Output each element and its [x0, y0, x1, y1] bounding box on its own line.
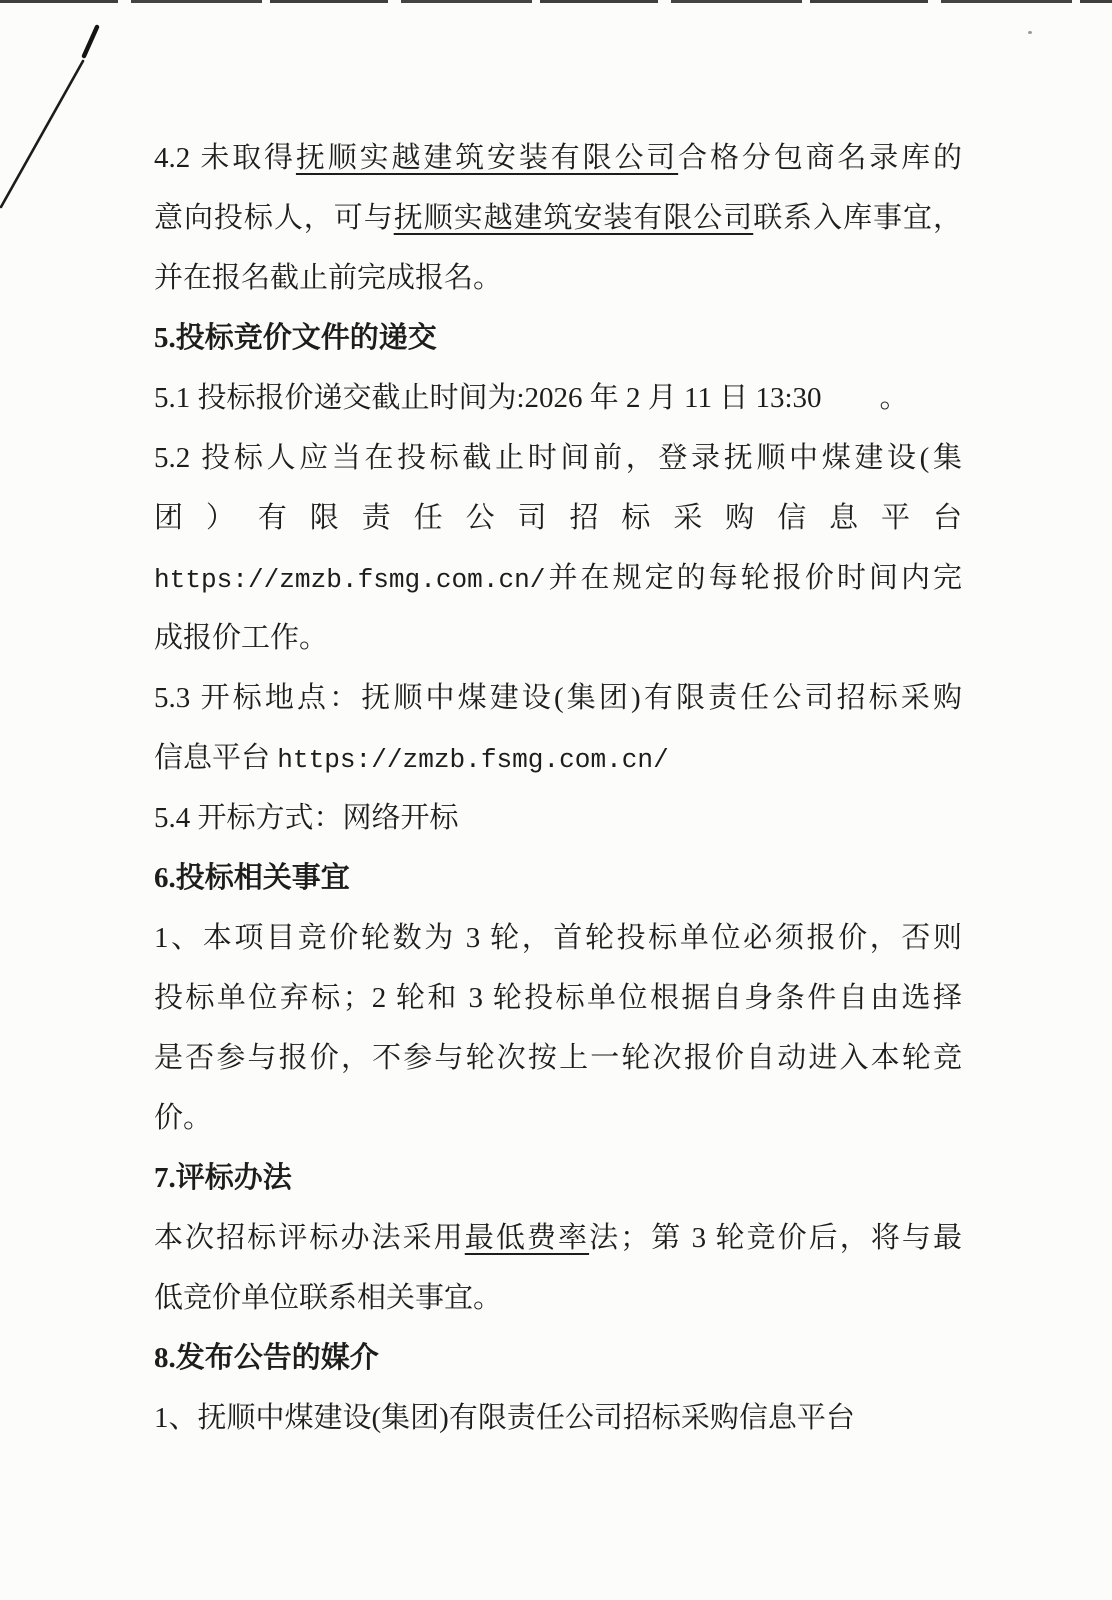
text-segment: 联系入库事宜，: [753, 202, 962, 234]
text-segment: 5.1 投标报价递交截止时间为:2026 年 2 月 11 日 13:30 。: [154, 382, 909, 414]
text-segment: 8.发布公告的媒介: [154, 1342, 379, 1374]
text-segment: 1、本项目竞价轮数为 3 轮，首轮投标单位必须报价，否则: [154, 922, 962, 954]
text-segment: 5.2 投标人应当在投标截止时间前，登录抚顺中煤建设(集: [154, 442, 962, 474]
text-segment: 低竞价单位联系相关事宜。: [154, 1282, 502, 1314]
text-line: 5.2 投标人应当在投标截止时间前，登录抚顺中煤建设(集: [154, 428, 962, 488]
text-segment: 法；第 3 轮竞价后，将与最: [589, 1222, 962, 1254]
underlined-text: 抚顺实越建筑安装有限公司: [296, 142, 678, 174]
text-line: 5.1 投标报价递交截止时间为:2026 年 2 月 11 日 13:30 。: [154, 368, 962, 428]
text-line: 5.4 开标方式：网络开标: [154, 788, 962, 848]
scan-artifact-top-edge: [0, 0, 1112, 3]
url-text: https://zmzb.fsmg.com.cn/: [277, 745, 668, 775]
text-segment: 信息平台: [154, 742, 277, 774]
text-segment: 意向投标人，可与: [154, 202, 394, 234]
text-line: 团）有限责任公司招标采购信息平台: [154, 488, 962, 548]
text-line: 价。: [154, 1088, 962, 1148]
text-segment: 5.投标竞价文件的递交: [154, 322, 437, 354]
text-segment: 价。: [154, 1102, 212, 1134]
text-line: 成报价工作。: [154, 608, 962, 668]
scan-artifact-diagonal-line: [0, 0, 130, 220]
text-segment: 是否参与报价，不参与轮次按上一轮次报价自动进入本轮竞: [154, 1042, 962, 1074]
text-line: 信息平台 https://zmzb.fsmg.com.cn/: [154, 728, 962, 788]
text-segment: 成报价工作。: [154, 622, 328, 654]
section-heading: 8.发布公告的媒介: [154, 1328, 962, 1388]
text-line: 投标单位弃标；2 轮和 3 轮投标单位根据自身条件自由选择: [154, 968, 962, 1028]
url-text: https://zmzb.fsmg.com.cn/: [154, 565, 545, 595]
text-segment: 7.评标办法: [154, 1162, 292, 1194]
text-segment: 本次招标评标办法采用: [154, 1222, 465, 1254]
section-heading: 6.投标相关事宜: [154, 848, 962, 908]
text-line: 并在报名截止前完成报名。: [154, 248, 962, 308]
scan-artifact-speck: [1028, 31, 1032, 34]
text-line: 意向投标人，可与抚顺实越建筑安装有限公司联系入库事宜，: [154, 188, 962, 248]
text-segment: 6.投标相关事宜: [154, 862, 350, 894]
text-segment: 5.4 开标方式：网络开标: [154, 802, 459, 834]
scanned-document: { "colors": { "ink": "#1d1d1d", "paper":…: [0, 0, 1112, 1600]
text-segment: 并在规定的每轮报价时间内完: [545, 562, 962, 594]
underlined-text: 最低费率: [465, 1222, 589, 1254]
text-segment: 1、抚顺中煤建设(集团)有限责任公司招标采购信息平台: [154, 1402, 855, 1434]
text-line: 1、本项目竞价轮数为 3 轮，首轮投标单位必须报价，否则: [154, 908, 962, 968]
text-line: 1、抚顺中煤建设(集团)有限责任公司招标采购信息平台: [154, 1388, 962, 1448]
text-line: 本次招标评标办法采用最低费率法；第 3 轮竞价后，将与最: [154, 1208, 962, 1268]
document-body: 4.2 未取得抚顺实越建筑安装有限公司合格分包商名录库的意向投标人，可与抚顺实越…: [154, 128, 962, 1448]
text-line: 是否参与报价，不参与轮次按上一轮次报价自动进入本轮竞: [154, 1028, 962, 1088]
text-segment: 团）有限责任公司招标采购信息平台: [154, 502, 962, 534]
text-segment: 合格分包商名录库的: [678, 142, 962, 174]
text-segment: 4.2 未取得: [154, 142, 296, 174]
text-line: https://zmzb.fsmg.com.cn/并在规定的每轮报价时间内完: [154, 548, 962, 608]
text-line: 5.3 开标地点：抚顺中煤建设(集团)有限责任公司招标采购: [154, 668, 962, 728]
text-segment: 并在报名截止前完成报名。: [154, 262, 502, 294]
text-segment: 5.3 开标地点：抚顺中煤建设(集团)有限责任公司招标采购: [154, 682, 962, 714]
text-line: 低竞价单位联系相关事宜。: [154, 1268, 962, 1328]
text-segment: 投标单位弃标；2 轮和 3 轮投标单位根据自身条件自由选择: [154, 982, 962, 1014]
section-heading: 5.投标竞价文件的递交: [154, 308, 962, 368]
section-heading: 7.评标办法: [154, 1148, 962, 1208]
text-line: 4.2 未取得抚顺实越建筑安装有限公司合格分包商名录库的: [154, 128, 962, 188]
underlined-text: 抚顺实越建筑安装有限公司: [394, 202, 754, 234]
